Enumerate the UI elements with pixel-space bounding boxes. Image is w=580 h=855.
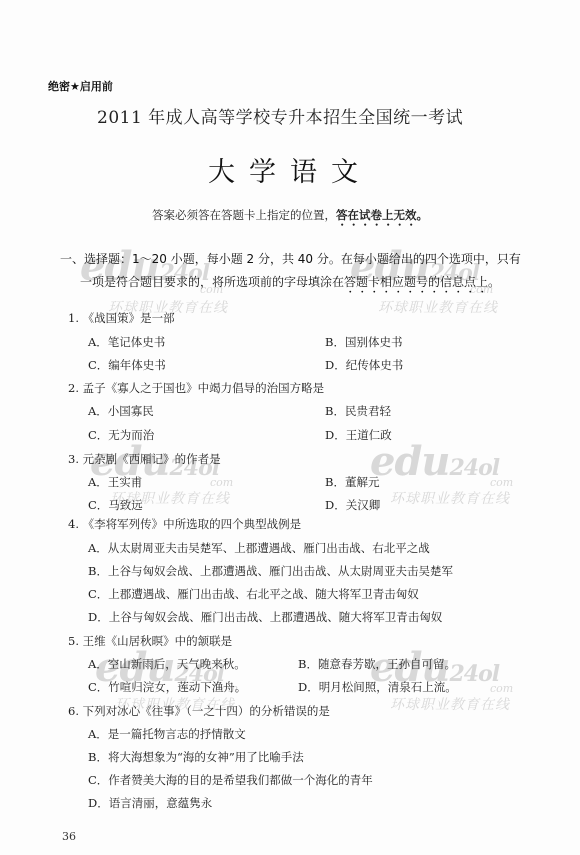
question-4-option-a: A．从太尉周亚夫击吴楚军、上郡遭遇战、雁门出击战、右北平之战 xyxy=(88,540,430,556)
watermark-logo: edu24ol com 环球职业教育在线 xyxy=(370,442,540,512)
instruction-emphasis: 答题卡相应题号的信息点上。 xyxy=(344,275,500,289)
exam-title: 2011 年成人高等学校专升本招生全国统一考试 xyxy=(97,103,463,128)
question-6-stem: 6. 下列对冰心《往事》（一之十四）的分析错误的是 xyxy=(68,703,330,719)
question-4-stem: 4. 《李将军列传》中所选取的四个典型战例是 xyxy=(68,516,301,532)
question-1-option-c: C．编年体史书 xyxy=(88,357,166,373)
question-3-option-c: C．马致远 xyxy=(88,497,143,513)
question-6-option-b: B．将大海想象为“海的女神”用了比喻手法 xyxy=(88,749,304,765)
question-number: 6. xyxy=(68,704,79,718)
notice-emphasis: 答在试卷上无效。 xyxy=(336,208,428,222)
question-2-stem: 2. 孟子《寡人之于国也》中竭力倡导的治国方略是 xyxy=(68,380,324,396)
question-text: 王维《山居秋暝》中的颔联是 xyxy=(83,634,233,648)
question-text: 《李将军列传》中所选取的四个典型战例是 xyxy=(83,517,302,531)
question-6-option-c: C．作者赞美大海的目的是希望我们都做一个海化的青年 xyxy=(88,772,373,788)
question-4-option-c: C．上郡遭遇战、雁门出击战、右北平之战、随大将军卫青击匈奴 xyxy=(88,586,419,602)
question-number: 1. xyxy=(68,311,79,325)
question-6-option-d: D．语言清丽，意蕴隽永 xyxy=(88,795,212,811)
page-number: 36 xyxy=(62,830,76,843)
question-text: 元杂剧《西厢记》的作者是 xyxy=(83,452,221,466)
question-4-option-d: D．上谷与匈奴会战、雁门出击战、上郡遭遇战、随大将军卫青击匈奴 xyxy=(88,609,442,625)
notice-text: 答案必须答在答题卡上指定的位置， xyxy=(152,208,336,222)
question-text: 下列对冰心《往事》（一之十四）的分析错误的是 xyxy=(83,704,330,718)
exam-page: edu24ol com 环球职业教育在线 edu24ol com 环球职业教育在… xyxy=(0,0,580,855)
question-number: 3. xyxy=(68,452,79,466)
question-1-option-d: D．纪传体史书 xyxy=(325,357,403,373)
question-number: 5. xyxy=(68,634,79,648)
question-5-option-c: C．竹喧归浣女，莲动下渔舟。 xyxy=(88,679,246,695)
question-2-option-b: B．民贵君轻 xyxy=(325,403,391,419)
question-5-option-a: A．空山新雨后，天气晚来秋。 xyxy=(88,656,246,672)
question-2-option-c: C．无为而治 xyxy=(88,427,154,443)
section-instruction-line2: 一项是符合题目要求的，将所选项前的字母填涂在答题卡相应题号的信息点上。 xyxy=(80,273,500,296)
question-1-stem: 1. 《战国策》是一部 xyxy=(68,310,175,326)
instruction-text: 一项是符合题目要求的，将所选项前的字母填涂在 xyxy=(80,275,344,289)
question-text: 孟子《寡人之于国也》中竭力倡导的治国方略是 xyxy=(83,381,325,395)
question-5-stem: 5. 王维《山居秋暝》中的颔联是 xyxy=(68,633,232,649)
question-2-option-d: D．王道仁政 xyxy=(325,427,392,443)
question-6-option-a: A．是一篇托物言志的抒情散文 xyxy=(88,726,246,742)
question-number: 4. xyxy=(68,517,79,531)
confidential-label: 绝密★启用前 xyxy=(48,78,113,94)
question-number: 2. xyxy=(68,381,79,395)
question-5-option-b: B．随意春芳歇，王孙自可留。 xyxy=(298,656,456,672)
question-4-option-b: B．上谷与匈奴会战、上郡遭遇战、雁门出击战、从太尉周亚夫击吴楚军 xyxy=(88,563,453,579)
question-2-option-a: A．小国寡民 xyxy=(88,403,154,419)
question-1-option-b: B．国别体史书 xyxy=(325,334,402,350)
section-instruction-line1: 一、选择题：1～20 小题，每小题 2 分，共 40 分。在每小题给出的四个选项… xyxy=(60,250,521,267)
question-3-stem: 3. 元杂剧《西厢记》的作者是 xyxy=(68,451,221,467)
answer-notice: 答案必须答在答题卡上指定的位置，答在试卷上无效。 xyxy=(0,207,580,229)
question-3-option-b: B．董解元 xyxy=(325,474,379,490)
question-5-option-d: D．明月松间照，清泉石上流。 xyxy=(298,679,457,695)
question-1-option-a: A．笔记体史书 xyxy=(88,334,165,350)
subject-title: 大学语文 xyxy=(0,150,580,189)
question-3-option-d: D．关汉卿 xyxy=(325,497,380,513)
question-text: 《战国策》是一部 xyxy=(83,311,175,325)
question-3-option-a: A．王实甫 xyxy=(88,474,142,490)
